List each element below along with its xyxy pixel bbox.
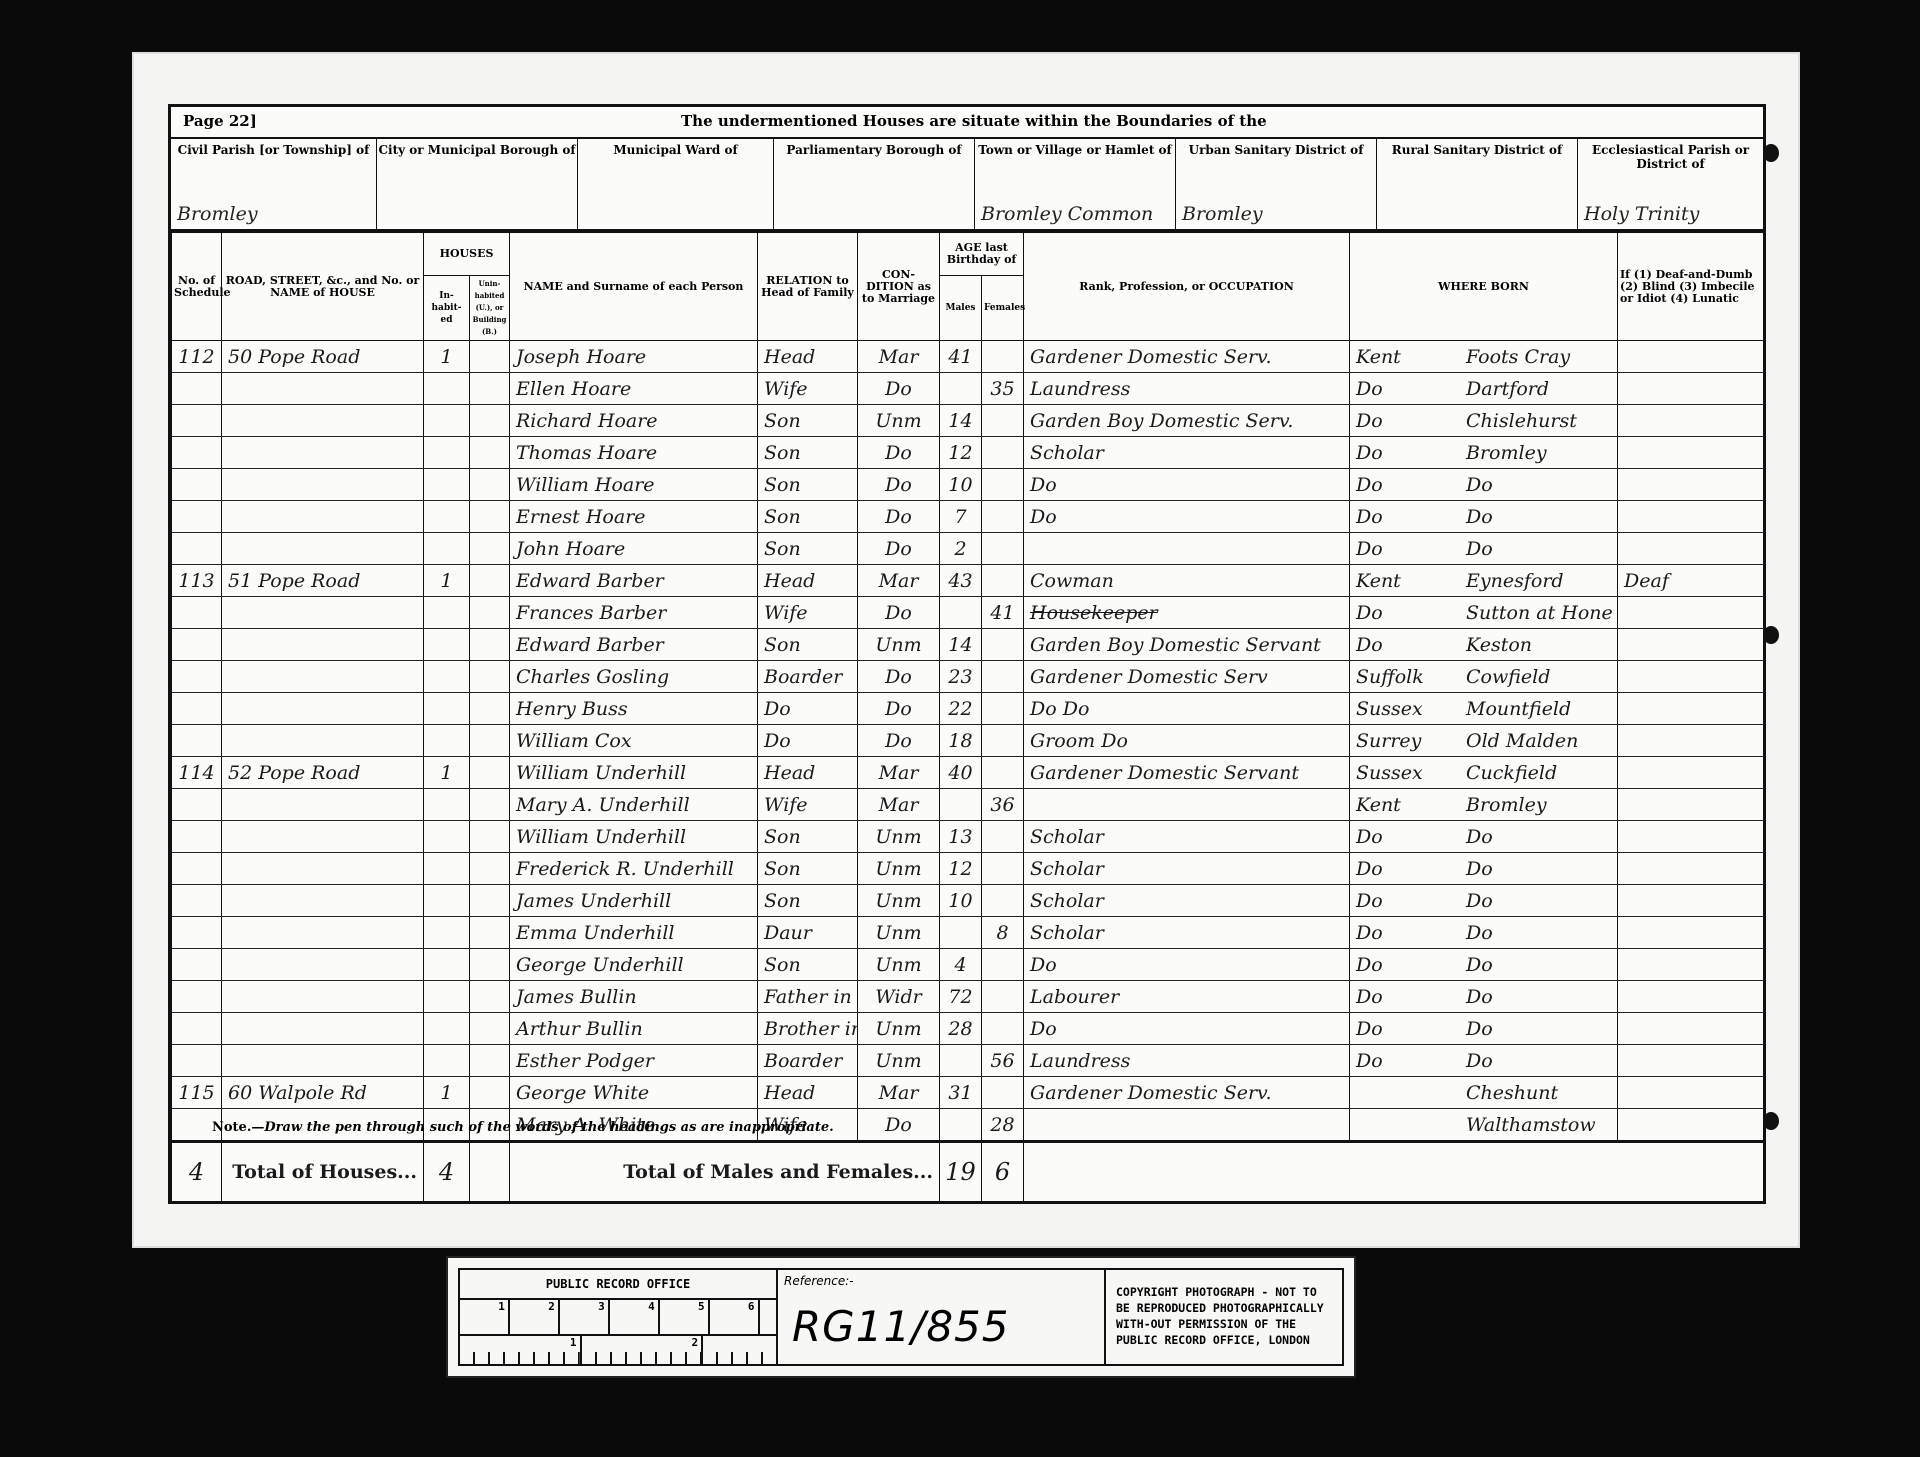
born-parish: Do (1466, 1018, 1493, 1040)
schedule-cell (172, 725, 222, 757)
relation-cell: Head (758, 341, 858, 373)
schedule-cell (172, 501, 222, 533)
relation-cell: Head (758, 757, 858, 789)
relation-cell: Son (758, 629, 858, 661)
table-row: 11351 Pope Road1Edward BarberHeadMar43Co… (172, 565, 1764, 597)
male-age-cell: 13 (940, 821, 982, 853)
condition-cell: Unm (858, 1013, 940, 1045)
male-age-cell (940, 597, 982, 629)
infirmity-cell (1618, 469, 1764, 501)
uninhabited-cell (470, 533, 510, 565)
occupation-cell: Gardener Domestic Serv. (1024, 1077, 1350, 1109)
born-parish: Mountfield (1466, 698, 1571, 720)
road-cell (222, 949, 424, 981)
condition-cell: Do (858, 597, 940, 629)
form-note: Note.—Draw the pen through such of the w… (212, 1120, 834, 1135)
relation-cell: Wife (758, 789, 858, 821)
born-county: Do (1356, 538, 1466, 560)
occupation-cell: Gardener Domestic Serv. (1024, 341, 1350, 373)
condition-cell: Unm (858, 917, 940, 949)
census-rows: 11250 Pope Road1Joseph HoareHeadMar41Gar… (172, 341, 1764, 1142)
col-relation: RELATION to Head of Family (758, 233, 858, 341)
condition-cell: Unm (858, 949, 940, 981)
binding-hole (1763, 626, 1779, 644)
where-born-cell: DoDo (1350, 469, 1618, 501)
male-age-cell: 10 (940, 885, 982, 917)
table-row: Ernest HoareSonDo7DoDoDo (172, 501, 1764, 533)
condition-cell: Do (858, 661, 940, 693)
female-age-cell (982, 725, 1024, 757)
born-county: Do (1356, 442, 1466, 464)
schedule-cell: 112 (172, 341, 222, 373)
female-age-cell (982, 565, 1024, 597)
born-parish: Foots Cray (1466, 346, 1570, 368)
schedule-cell (172, 885, 222, 917)
uninhabited-cell (470, 725, 510, 757)
condition-cell: Do (858, 725, 940, 757)
district-municipal-ward: Municipal Ward of (578, 139, 774, 229)
condition-cell: Mar (858, 789, 940, 821)
condition-cell: Do (858, 437, 940, 469)
schedule-cell (172, 821, 222, 853)
relation-cell: Son (758, 821, 858, 853)
table-row: William HoareSonDo10DoDoDo (172, 469, 1764, 501)
relation-cell: Son (758, 853, 858, 885)
total-uninhabited (470, 1142, 510, 1202)
infirmity-cell (1618, 629, 1764, 661)
where-born-cell: DoDo (1350, 1013, 1618, 1045)
born-parish: Keston (1466, 634, 1532, 656)
inhabited-cell: 1 (424, 341, 470, 373)
male-age-cell (940, 1045, 982, 1077)
occupation-cell: Do (1024, 501, 1350, 533)
name-cell: Thomas Hoare (510, 437, 758, 469)
table-row: Charles GoslingBoarderDo23Gardener Domes… (172, 661, 1764, 693)
infirmity-cell: Deaf (1618, 565, 1764, 597)
male-age-cell (940, 917, 982, 949)
where-born-cell: DoKeston (1350, 629, 1618, 661)
table-row: James UnderhillSonUnm10ScholarDoDo (172, 885, 1764, 917)
inhabited-cell (424, 949, 470, 981)
relation-cell: Boarder (758, 661, 858, 693)
inhabited-cell (424, 597, 470, 629)
where-born-cell: DoDo (1350, 949, 1618, 981)
infirmity-cell (1618, 917, 1764, 949)
occupation-cell: Housekeeper (1024, 597, 1350, 629)
schedule-cell (172, 949, 222, 981)
relation-cell: Son (758, 533, 858, 565)
male-age-cell: 14 (940, 405, 982, 437)
col-age: AGE last Birthday of (940, 233, 1024, 276)
occupation-cell: Labourer (1024, 981, 1350, 1013)
inhabited-cell (424, 821, 470, 853)
born-parish: Chislehurst (1466, 410, 1577, 432)
relation-cell: Do (758, 693, 858, 725)
col-infirmity: If (1) Deaf-and-Dumb (2) Blind (3) Imbec… (1618, 233, 1764, 341)
uninhabited-cell (470, 373, 510, 405)
table-row: Mary A. UnderhillWifeMar36KentBromley (172, 789, 1764, 821)
condition-cell: Do (858, 1109, 940, 1142)
relation-cell: Son (758, 501, 858, 533)
born-parish: Do (1466, 538, 1493, 560)
born-county: Suffolk (1356, 666, 1466, 688)
table-row: Ellen HoareWifeDo35LaundressDoDartford (172, 373, 1764, 405)
total-houses: 4 (424, 1142, 470, 1202)
relation-cell: Son (758, 469, 858, 501)
totals-row: 4 Total of Houses... 4 Total of Males an… (172, 1142, 1764, 1202)
where-born-cell: DoDo (1350, 885, 1618, 917)
inhabited-cell (424, 629, 470, 661)
infirmity-cell (1618, 501, 1764, 533)
condition-cell: Unm (858, 885, 940, 917)
total-schedules: 4 (172, 1142, 222, 1202)
female-age-cell (982, 661, 1024, 693)
name-cell: William Cox (510, 725, 758, 757)
relation-cell: Father in Law (758, 981, 858, 1013)
relation-cell: Do (758, 725, 858, 757)
condition-cell: Unm (858, 821, 940, 853)
census-form: Page 22] The undermentioned Houses are s… (168, 104, 1766, 1204)
inhabited-cell (424, 1045, 470, 1077)
district-header: Civil Parish [or Township] ofBromley Cit… (171, 139, 1763, 232)
where-born-cell: SussexMountfield (1350, 693, 1618, 725)
born-county: Do (1356, 1018, 1466, 1040)
road-cell (222, 853, 424, 885)
female-age-cell (982, 885, 1024, 917)
road-cell (222, 469, 424, 501)
inhabited-cell (424, 1013, 470, 1045)
road-cell (222, 917, 424, 949)
road-cell (222, 629, 424, 661)
inhabited-cell (424, 885, 470, 917)
occupation-cell: Cowman (1024, 565, 1350, 597)
female-age-cell: 28 (982, 1109, 1024, 1142)
col-condition: CON-DITION as to Marriage (858, 233, 940, 341)
occupation-cell: Gardener Domestic Servant (1024, 757, 1350, 789)
schedule-cell (172, 405, 222, 437)
born-county: Do (1356, 378, 1466, 400)
uninhabited-cell (470, 597, 510, 629)
schedule-cell (172, 917, 222, 949)
inch-scale: 12 (460, 1336, 776, 1364)
where-born-cell: DoDo (1350, 981, 1618, 1013)
male-age-cell: 10 (940, 469, 982, 501)
table-row: George UnderhillSonUnm4DoDoDo (172, 949, 1764, 981)
female-age-cell (982, 949, 1024, 981)
table-row: Esther PodgerBoarderUnm56LaundressDoDo (172, 1045, 1764, 1077)
infirmity-cell (1618, 693, 1764, 725)
infirmity-cell (1618, 789, 1764, 821)
road-cell (222, 1013, 424, 1045)
uninhabited-cell (470, 789, 510, 821)
schedule-cell (172, 533, 222, 565)
born-parish: Do (1466, 858, 1493, 880)
uninhabited-cell (470, 949, 510, 981)
road-cell (222, 597, 424, 629)
total-males: 19 (940, 1142, 982, 1202)
name-cell: James Bullin (510, 981, 758, 1013)
uninhabited-cell (470, 1013, 510, 1045)
male-age-cell (940, 789, 982, 821)
name-cell: William Hoare (510, 469, 758, 501)
binding-hole (1763, 144, 1779, 162)
relation-cell: Son (758, 437, 858, 469)
where-born-cell: KentFoots Cray (1350, 341, 1618, 373)
where-born-cell: DoDo (1350, 821, 1618, 853)
female-age-cell (982, 981, 1024, 1013)
form-title: The undermentioned Houses are situate wi… (681, 112, 1267, 130)
district-civil-parish: Civil Parish [or Township] ofBromley (171, 139, 377, 229)
born-county: Do (1356, 474, 1466, 496)
born-county: Do (1356, 986, 1466, 1008)
born-county: Sussex (1356, 762, 1466, 784)
copyright-notice: COPYRIGHT PHOTOGRAPH - NOT TO BE REPRODU… (1106, 1270, 1342, 1364)
name-cell: George White (510, 1077, 758, 1109)
pro-reference-label: PUBLIC RECORD OFFICE 123456 12 Reference… (446, 1256, 1356, 1378)
inhabited-cell (424, 373, 470, 405)
born-county: Do (1356, 506, 1466, 528)
cm-scale: 123456 (460, 1300, 776, 1336)
male-age-cell: 18 (940, 725, 982, 757)
condition-cell: Unm (858, 1045, 940, 1077)
born-county: Sussex (1356, 698, 1466, 720)
schedule-cell (172, 693, 222, 725)
inhabited-cell (424, 501, 470, 533)
table-row: Frederick R. UnderhillSonUnm12ScholarDoD… (172, 853, 1764, 885)
binding-hole (1763, 1112, 1779, 1130)
note-text: —Draw the pen through such of the words … (251, 1120, 833, 1135)
total-persons-label: Total of Males and Females... (510, 1142, 940, 1202)
condition-cell: Do (858, 693, 940, 725)
born-parish: Walthamstow (1466, 1114, 1596, 1136)
name-cell: Joseph Hoare (510, 341, 758, 373)
inhabited-cell (424, 725, 470, 757)
where-born-cell: DoDo (1350, 853, 1618, 885)
female-age-cell: 8 (982, 917, 1024, 949)
male-age-cell (940, 1109, 982, 1142)
infirmity-cell (1618, 373, 1764, 405)
col-females: Females (982, 276, 1024, 341)
where-born-cell: DoDartford (1350, 373, 1618, 405)
road-cell (222, 725, 424, 757)
relation-cell: Son (758, 949, 858, 981)
occupation-cell (1024, 789, 1350, 821)
occupation-cell (1024, 1109, 1350, 1142)
infirmity-cell (1618, 949, 1764, 981)
relation-cell: Brother in Law (758, 1013, 858, 1045)
occupation-cell: Do (1024, 469, 1350, 501)
col-inhabited: In-habit-ed (424, 276, 470, 341)
name-cell: George Underhill (510, 949, 758, 981)
infirmity-cell (1618, 405, 1764, 437)
schedule-cell (172, 789, 222, 821)
occupation-cell: Do Do (1024, 693, 1350, 725)
male-age-cell: 28 (940, 1013, 982, 1045)
district-ecclesiastical-parish: Ecclesiastical Parish or District ofHoly… (1578, 139, 1763, 229)
where-born-cell: DoChislehurst (1350, 405, 1618, 437)
born-parish: Do (1466, 506, 1493, 528)
born-parish: Old Malden (1466, 730, 1578, 752)
name-cell: Esther Podger (510, 1045, 758, 1077)
schedule-cell (172, 373, 222, 405)
col-road: ROAD, STREET, &c., and No. or NAME of HO… (222, 233, 424, 341)
female-age-cell (982, 437, 1024, 469)
scale-ruler: PUBLIC RECORD OFFICE 123456 12 (460, 1270, 778, 1364)
born-parish: Eynesford (1466, 570, 1564, 592)
where-born-cell: Walthamstow (1350, 1109, 1618, 1142)
born-county: Do (1356, 826, 1466, 848)
district-rural-sanitary: Rural Sanitary District of (1377, 139, 1578, 229)
col-name: NAME and Surname of each Person (510, 233, 758, 341)
schedule-cell (172, 981, 222, 1013)
col-where-born: WHERE BORN (1350, 233, 1618, 341)
relation-cell: Boarder (758, 1045, 858, 1077)
condition-cell: Mar (858, 757, 940, 789)
male-age-cell: 4 (940, 949, 982, 981)
district-urban-sanitary: Urban Sanitary District ofBromley (1176, 139, 1377, 229)
inhabited-cell: 1 (424, 565, 470, 597)
name-cell: Henry Buss (510, 693, 758, 725)
where-born-cell: KentEynesford (1350, 565, 1618, 597)
infirmity-cell (1618, 981, 1764, 1013)
female-age-cell (982, 533, 1024, 565)
born-parish: Bromley (1466, 794, 1547, 816)
name-cell: James Underhill (510, 885, 758, 917)
born-county: Do (1356, 602, 1466, 624)
where-born-cell: SurreyOld Malden (1350, 725, 1618, 757)
relation-cell: Wife (758, 373, 858, 405)
condition-cell: Do (858, 373, 940, 405)
name-cell: Edward Barber (510, 565, 758, 597)
female-age-cell: 36 (982, 789, 1024, 821)
inhabited-cell (424, 661, 470, 693)
district-municipal-borough: City or Municipal Borough of (377, 139, 578, 229)
born-county: Do (1356, 858, 1466, 880)
where-born-cell: DoDo (1350, 501, 1618, 533)
condition-cell: Widr (858, 981, 940, 1013)
schedule-cell (172, 469, 222, 501)
uninhabited-cell (470, 629, 510, 661)
occupation-cell: Do (1024, 1013, 1350, 1045)
male-age-cell: 31 (940, 1077, 982, 1109)
where-born-cell: DoDo (1350, 533, 1618, 565)
col-males: Males (940, 276, 982, 341)
infirmity-cell (1618, 597, 1764, 629)
col-uninhabited: Unin-habited (U.), or Building (B.) (470, 276, 510, 341)
table-row: William UnderhillSonUnm13ScholarDoDo (172, 821, 1764, 853)
inhabited-cell (424, 533, 470, 565)
uninhabited-cell (470, 565, 510, 597)
relation-cell: Head (758, 1077, 858, 1109)
occupation-cell (1024, 533, 1350, 565)
male-age-cell: 41 (940, 341, 982, 373)
pro-title: PUBLIC RECORD OFFICE (460, 1270, 776, 1300)
uninhabited-cell (470, 853, 510, 885)
male-age-cell: 12 (940, 437, 982, 469)
occupation-cell: Scholar (1024, 885, 1350, 917)
inhabited-cell: 1 (424, 757, 470, 789)
road-cell (222, 789, 424, 821)
road-cell (222, 1045, 424, 1077)
name-cell: Ellen Hoare (510, 373, 758, 405)
total-females: 6 (982, 1142, 1024, 1202)
born-parish: Do (1466, 922, 1493, 944)
road-cell (222, 501, 424, 533)
col-houses: HOUSES (424, 233, 510, 276)
inhabited-cell (424, 917, 470, 949)
female-age-cell: 41 (982, 597, 1024, 629)
road-cell (222, 373, 424, 405)
occupation-cell: Scholar (1024, 853, 1350, 885)
uninhabited-cell (470, 469, 510, 501)
where-born-cell: Cheshunt (1350, 1077, 1618, 1109)
occupation-cell: Garden Boy Domestic Serv. (1024, 405, 1350, 437)
road-cell (222, 885, 424, 917)
male-age-cell: 23 (940, 661, 982, 693)
female-age-cell (982, 405, 1024, 437)
male-age-cell (940, 373, 982, 405)
infirmity-cell (1618, 533, 1764, 565)
schedule-cell (172, 1045, 222, 1077)
name-cell: William Underhill (510, 821, 758, 853)
infirmity-cell (1618, 757, 1764, 789)
born-parish: Do (1466, 986, 1493, 1008)
schedule-cell (172, 629, 222, 661)
male-age-cell: 72 (940, 981, 982, 1013)
inhabited-cell (424, 405, 470, 437)
table-row: Arthur BullinBrother in LawUnm28DoDoDo (172, 1013, 1764, 1045)
female-age-cell (982, 757, 1024, 789)
relation-cell: Daur (758, 917, 858, 949)
reference-box: Reference:- RG11/855 (778, 1270, 1106, 1364)
condition-cell: Mar (858, 1077, 940, 1109)
male-age-cell: 22 (940, 693, 982, 725)
uninhabited-cell (470, 1045, 510, 1077)
born-parish: Do (1466, 1050, 1493, 1072)
born-parish: Dartford (1466, 378, 1549, 400)
relation-cell: Son (758, 885, 858, 917)
name-cell: Arthur Bullin (510, 1013, 758, 1045)
reference-label: Reference:- (784, 1274, 854, 1288)
occupation-cell: Gardener Domestic Serv (1024, 661, 1350, 693)
relation-cell: Wife (758, 597, 858, 629)
born-county: Do (1356, 954, 1466, 976)
table-row: 11560 Walpole Rd1George WhiteHeadMar31Ga… (172, 1077, 1764, 1109)
name-cell: Frederick R. Underhill (510, 853, 758, 885)
uninhabited-cell (470, 981, 510, 1013)
occupation-cell: Scholar (1024, 821, 1350, 853)
road-cell (222, 821, 424, 853)
table-row: Edward BarberSonUnm14Garden Boy Domestic… (172, 629, 1764, 661)
infirmity-cell (1618, 885, 1764, 917)
female-age-cell (982, 469, 1024, 501)
infirmity-cell (1618, 437, 1764, 469)
female-age-cell: 35 (982, 373, 1024, 405)
schedule-cell (172, 1013, 222, 1045)
uninhabited-cell (470, 693, 510, 725)
inhabited-cell (424, 693, 470, 725)
road-cell (222, 533, 424, 565)
born-parish: Cowfield (1466, 666, 1550, 688)
table-row: Emma UnderhillDaurUnm8ScholarDoDo (172, 917, 1764, 949)
uninhabited-cell (470, 437, 510, 469)
col-schedule: No. of Schedule (172, 233, 222, 341)
col-occupation: Rank, Profession, or OCCUPATION (1024, 233, 1350, 341)
schedule-cell: 113 (172, 565, 222, 597)
infirmity-cell (1618, 1109, 1764, 1142)
where-born-cell: SuffolkCowfield (1350, 661, 1618, 693)
table-row: James BullinFather in LawWidr72LabourerD… (172, 981, 1764, 1013)
